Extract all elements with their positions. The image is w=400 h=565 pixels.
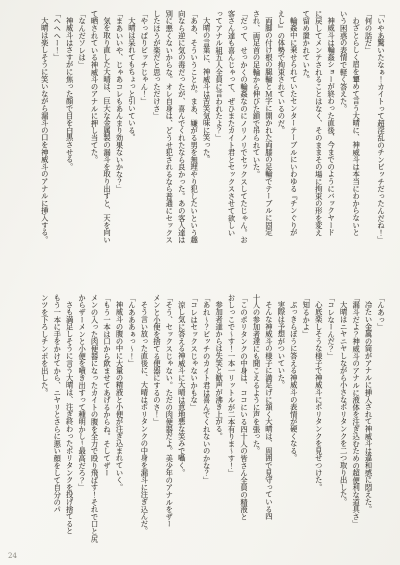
text-line: 実際は予想がついていた。: [275, 294, 287, 552]
text-line: 別に悪くないからな。オレ自身は、どうせ犯されるなら普通にセックス: [163, 10, 175, 282]
text-line: 神威斗はさすがに焦った顔で目を白黒させる。: [63, 10, 75, 282]
text-line: 心底楽しそうな様子で神威斗にポリタンクを見せつけた。: [312, 294, 324, 552]
text-line: 輪姦中に乗せられていたセンターテーブルにいわゆる『チンぐりが: [287, 10, 299, 282]
text-line: 「このポリタンクの中身は、ココにいる四十人の皆さん全員の精液と: [238, 294, 250, 552]
text-line: 「コレなーんだ？」: [325, 294, 337, 552]
text-line: 大晴はニヤニヤしながら小さなポリタンクを二つ取り出した。: [337, 294, 349, 552]
text-line: 「やっぱりビッチじゃん！」: [138, 10, 150, 282]
lower-text-block: 「んあっ」冷たい金属の筒がアナルに挿入されて神威斗は違和感に悶えた。「漏斗だよ？…: [13, 294, 387, 552]
text-line: 「いやあ驚いたなぁ！カイトって超淫乱のチンビッチだったんだね！」: [375, 10, 387, 282]
upper-text-block: 「いやあ驚いたなぁ！カイトって超淫乱のチンビッチだったんだね！」「何の話だ」わざ…: [13, 10, 387, 282]
text-line: さも満足しそうに言う大晴は、注ぎ終わったポリタンクを投げ捨てると: [63, 294, 75, 552]
text-line: 「だって、せっかくの輪姦なのにノリノリでセックスしてたじゃん。お: [238, 10, 250, 282]
text-line: ンツを下ろしチンポを出した。: [38, 294, 50, 552]
text-line: 「ああ、そういうことか。まあ、嫌がる男を無理やり犯したいという趣: [188, 10, 200, 282]
text-line: され、両足首の足輪から伸びた鎖で吊られていた。: [250, 10, 262, 282]
page-number: 24: [8, 552, 17, 560]
text-line: メンと小便を捨てる便器にするのさ！」: [150, 294, 162, 552]
text-line: したほうが楽だと思っただけさ」: [150, 10, 162, 282]
text-line: 「漏斗だよ？神威斗のアナルに液体を注ぎ込むための超便利な道具さ」: [350, 294, 362, 552]
text-line: 両脚の付け根の腿輪とＭ字に開かれた両膝の足輪でテーブルに固定: [262, 10, 274, 282]
text-line: 「ヘヘヘー！」: [51, 10, 63, 282]
text-line: 涼し気に答える神威斗に大晴は意地悪な笑みで囁く。: [175, 294, 187, 552]
text-line: からザーメンと小便を噴き出すって種明かし！最高だろ？」: [76, 294, 88, 552]
text-line: もう一本に手をかけてから、ニヤリとさらに悪い顔をして自分のパ: [51, 294, 63, 552]
text-line: 「なんだソレは」: [76, 10, 88, 282]
text-line: 大晴の言葉に、神威斗は苦笑気味に笑った。: [200, 10, 212, 282]
text-line: 「あれ～？ビッチのカイト君は喜んでくれないのかな？」: [200, 294, 212, 552]
scanned-novel-page: 「いやあ驚いたなぁ！カイトって超淫乱のチンビッチだったんだね！」「何の話だ」わざ…: [0, 0, 400, 565]
text-line: えし』の体勢で拘束されているのだ。: [275, 10, 287, 282]
text-line: 大晴は呆れてもちょっと引いている。: [125, 10, 137, 282]
text-line: 神威斗は輪姦ショーが終わった直後、今までのようにバックヤード: [325, 10, 337, 282]
text-line: メンの入った肉便器になったカイトの腹を全力で殴り飛ばす！それで口と尻: [88, 294, 100, 552]
text-line: 向なら逆に気の毒だったが、喜んでくれたなら良かった。あの客人達は: [175, 10, 187, 282]
text-line: 大晴は楽しそうに笑いながら漏斗の口を神威斗のアナルに挿入する。: [38, 10, 50, 282]
text-line: 気を取り直した大晴は、巨大な金属製の漏斗を取り出すと、天を向い: [101, 10, 113, 282]
text-line: に戻してメンテされることはなく、そのままその場に拘束の形を変え: [312, 10, 324, 282]
text-line: 冷たい金属の筒がアナルに挿入されて神威斗は違和感に悶えた。: [362, 294, 374, 552]
text-line: いう困惑の表情で軽く答えた。: [337, 10, 349, 282]
text-line: 「もう一本は口から飲ませてあげるからね。そしてザー: [101, 294, 113, 552]
text-line: て留め置かれていた。: [300, 10, 312, 282]
text-line: そんな神威斗の様子に満足げに頷く大晴は、周囲で見守っている四: [262, 294, 274, 552]
text-line: 「何の話だ」: [362, 10, 374, 282]
text-line: 「んあっ」: [375, 294, 387, 552]
text-line: 「知るかよ」: [300, 294, 312, 552]
text-line: ってアナル組五人全員に言われたよ？」: [213, 10, 225, 282]
text-line: て晒されている神威斗のアナルに押し当てた。: [88, 10, 100, 282]
text-line: 十人の参加者達にも聞こえるように声を張った。: [250, 294, 262, 552]
text-line: 参加者達からは失笑と歓声が沸き上がる。: [213, 294, 225, 552]
text-line: 「コレはセックスじゃないかもな」: [188, 294, 200, 552]
text-line: 「まあいいや、じゃあコレもあんまり効果ないかな？」: [113, 10, 125, 282]
text-line: わざとらしく眉を顰めて言う大晴に、神威斗は本当にわからないと: [350, 10, 362, 282]
text-line: 「んあああぁっ～！」: [125, 294, 137, 552]
text-line: おしっこで～す！一本一リットルが二本有りま～す！」: [225, 294, 237, 552]
text-line: そう言い放った直後に、大晴はポリタンクの中身を漏斗に注ぎ込んだ。: [138, 294, 150, 552]
text-line: 客さん達も喜んじゃって、ぜひまたカイト君とセックスさせて欲しい: [225, 10, 237, 282]
text-line: ぶっきらぼうに答える神威斗の表情が硬くなる。: [287, 294, 299, 552]
text-line: 「そう、セックスじゃない。ただの肉便器だよ。美少年のアナルをザー: [163, 294, 175, 552]
text-line: 神威斗の腹の中に大量の精液と小便が注ぎ込まれていく。: [113, 294, 125, 552]
